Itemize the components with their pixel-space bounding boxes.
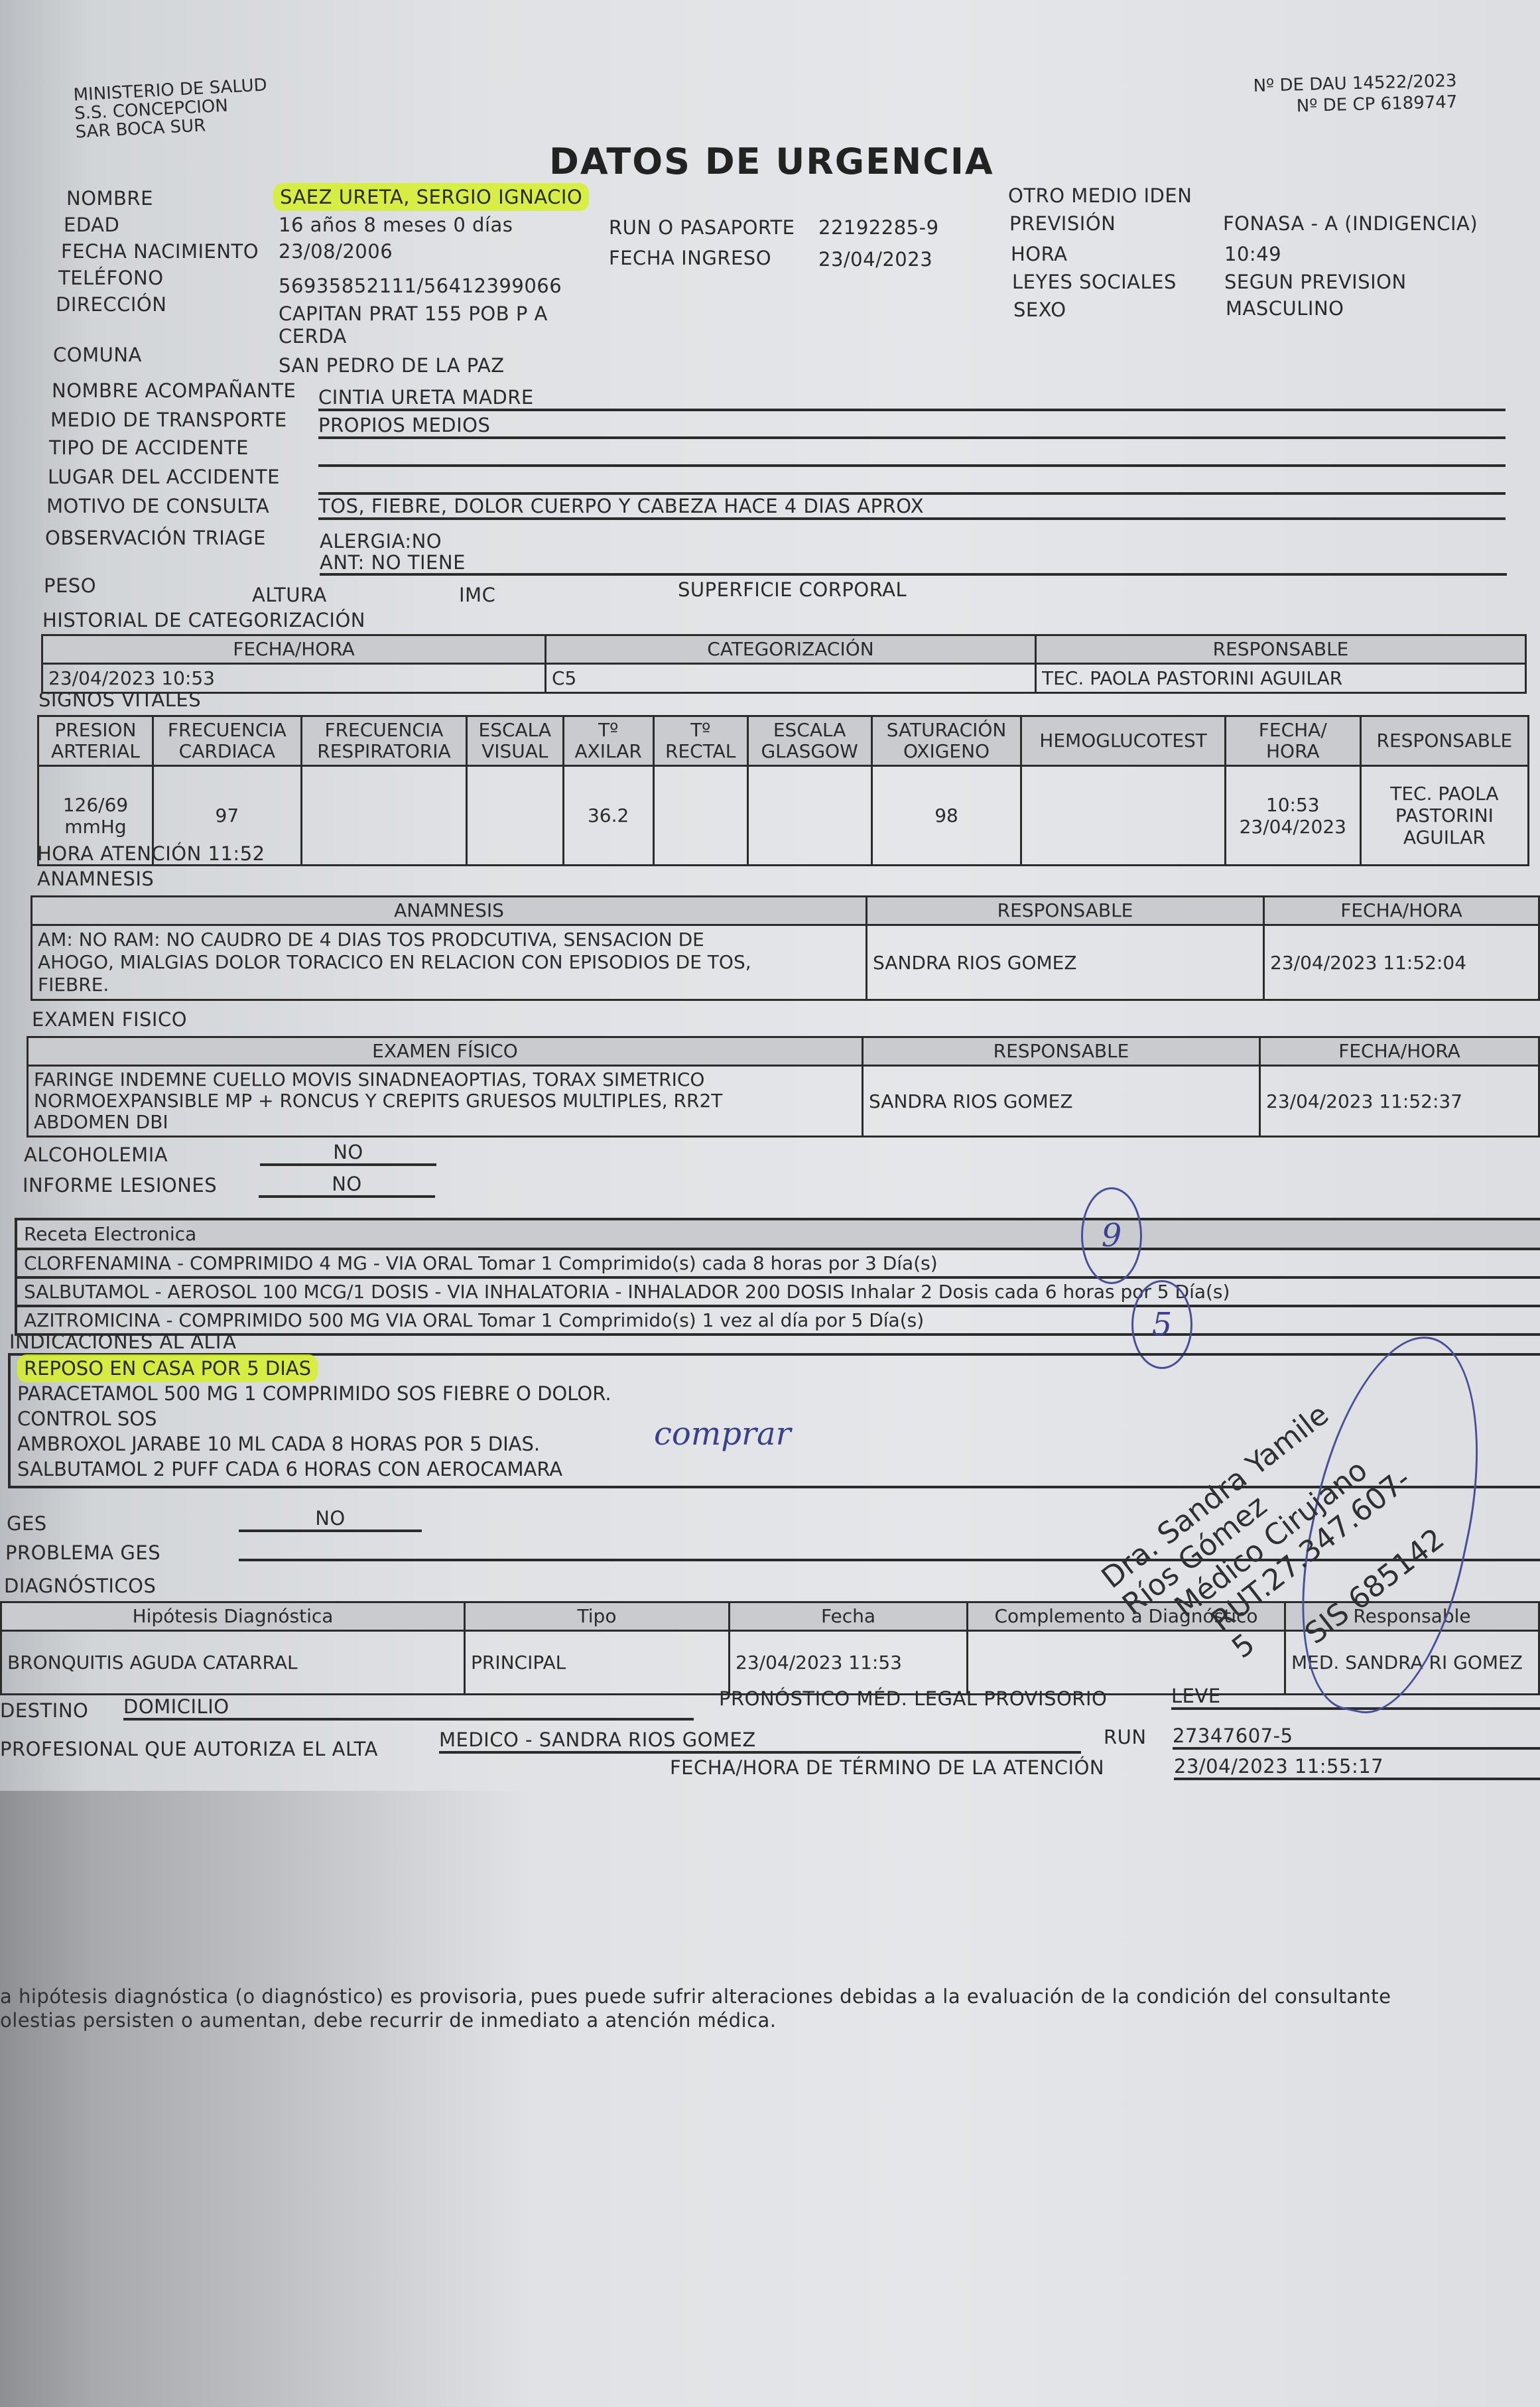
col-header: FECHA/HORA (42, 635, 546, 664)
birth-date: 23/08/2006 (279, 240, 393, 263)
examen-text: FARINGE INDEMNE CUELLO MOVIS SINADNEAOPT… (28, 1066, 863, 1137)
profesional-value: MEDICO - SANDRA RIOS GOMEZ (439, 1728, 1081, 1754)
profesional-label: PROFESIONAL QUE AUTORIZA EL ALTA (0, 1738, 378, 1760)
hora-atencion: HORA ATENCIÓN 11:52 (37, 842, 265, 865)
alcoholemia-label: ALCOHOLEMIA (24, 1143, 168, 1166)
time: 10:53 (1232, 794, 1354, 816)
diagnosticos-section-title: DIAGNÓSTICOS (4, 1575, 156, 1597)
imc-label: IMC (459, 584, 495, 606)
table-row: 23/04/2023 10:53 C5 TEC. PAOLA PASTORINI… (42, 664, 1526, 693)
hgt-cell (1021, 766, 1225, 866)
prescription-item: AZITROMICINA - COMPRIMIDO 500 MG VIA ORA… (17, 1307, 1540, 1333)
examen-fisico-section-title: EXAMEN FISICO (32, 1008, 187, 1031)
col-header: FRECUENCIACARDIACA (153, 716, 301, 766)
termino-value: 23/04/2023 11:55:17 (1174, 1755, 1540, 1780)
tipo-accidente-value (318, 442, 1506, 467)
transporte-label: MEDIO DE TRANSPORTE (50, 409, 287, 431)
col-header: RESPONSABLE (1360, 716, 1528, 766)
hora-label: HORA (1011, 243, 1067, 265)
signos-vitales-section-title: SIGNOS VITALES (38, 688, 201, 711)
run-prof-label: RUN (1104, 1726, 1147, 1748)
leyes-value: SEGUN PREVISION (1224, 271, 1407, 293)
prevision-label: PREVISIÓN (1009, 212, 1116, 235)
address: CAPITAN PRAT 155 POB P A CERDA (279, 302, 548, 348)
handwritten-mark: 9 (1081, 1187, 1142, 1284)
col-header: RESPONSABLE (1036, 635, 1526, 664)
unit: mmHg (44, 816, 147, 838)
name-line: AGUILAR (1367, 826, 1522, 848)
leyes-label: LEYES SOCIALES (1012, 271, 1177, 293)
cell: TEC. PAOLA PASTORINI AGUILAR (1036, 664, 1526, 693)
prevision-value: FONASA - A (INDIGENCIA) (1223, 212, 1478, 235)
motivo-label: MOTIVO DE CONSULTA (46, 495, 269, 517)
acompanante-value: CINTIA URETA MADRE (318, 386, 1506, 411)
termino-label: FECHA/HORA DE TÉRMINO DE LA ATENCIÓN (670, 1756, 1104, 1779)
escala-visual-cell (467, 766, 563, 866)
col-header: CATEGORIZACIÓN (546, 635, 1036, 664)
col-header: HEMOGLUCOTEST (1021, 716, 1225, 766)
col-header: Hipótesis Diagnóstica (1, 1602, 465, 1631)
examen-fisico-table: EXAMEN FÍSICO RESPONSABLE FECHA/HORA FAR… (27, 1036, 1540, 1138)
institution-block: MINISTERIO DE SALUD S.S. CONCEPCION SAR … (73, 76, 269, 141)
fecha-hora-cell: 23/04/2023 11:52:04 (1264, 925, 1539, 1000)
col-header: EXAMEN FÍSICO (28, 1037, 863, 1066)
phone: 56935852111/56412399066 (279, 275, 562, 297)
categorizacion-section-title: HISTORIAL DE CATEGORIZACIÓN (42, 609, 365, 631)
col-header: Fecha (730, 1602, 968, 1631)
col-header: FECHA/HORA (1264, 897, 1539, 925)
text-line: NORMOEXPANSIBLE MP + RONCUS Y CREPITS GR… (34, 1090, 856, 1112)
col-header: TºAXILAR (563, 716, 653, 766)
lugar-accidente-value (318, 470, 1506, 495)
observacion-label: OBSERVACIÓN TRIAGE (45, 527, 266, 549)
t-rectal-cell (653, 766, 747, 866)
col-header: RESPONSABLE (867, 897, 1264, 925)
ges-label: GES (7, 1512, 47, 1535)
cell: C5 (546, 664, 1036, 693)
name-line: TEC. PAOLA (1367, 783, 1522, 805)
direccion-label: DIRECCIÓN (56, 293, 166, 316)
destino-label: DESTINO (0, 1699, 88, 1722)
observacion-line: ANT: NO TIENE (320, 552, 1507, 576)
table-row: AM: NO RAM: NO CAUDRO DE 4 DIAS TOS PROD… (32, 925, 1539, 1000)
col-header: SATURACIÓNOXIGENO (871, 716, 1021, 766)
instruction-item: REPOSO EN CASA POR 5 DIAS (11, 1356, 1540, 1381)
observacion-value: ALERGIA:NO ANT: NO TIENE (320, 531, 1507, 576)
acompanante-label: NOMBRE ACOMPAÑANTE (52, 379, 296, 402)
otro-medio-label: OTRO MEDIO IDEN (1008, 184, 1192, 207)
anamnesis-section-title: ANAMNESIS (37, 868, 154, 890)
name-line: PASTORINI (1367, 805, 1522, 826)
col-header: RESPONSABLE (863, 1037, 1260, 1066)
patient-name: SAEZ URETA, SERGIO IGNACIO (273, 183, 589, 211)
telefono-label: TELÉFONO (58, 267, 164, 289)
fecha-hora-cell: 23/04/2023 11:52:37 (1260, 1066, 1539, 1137)
problema-ges-label: PROBLEMA GES (5, 1541, 160, 1564)
tipo-accidente-label: TIPO DE ACCIDENTE (49, 436, 249, 459)
text-line: AHOGO, MIALGIAS DOLOR TORACICO EN RELACI… (38, 951, 860, 974)
run-value: 22192285-9 (818, 216, 939, 239)
fecha-nacimiento-label: FECHA NACIMIENTO (61, 240, 259, 263)
col-header: ESCALAVISUAL (467, 716, 563, 766)
document-numbers: Nº DE DAU 14522/2023 Nº DE CP 6189747 (1253, 70, 1458, 118)
text-line: AM: NO RAM: NO CAUDRO DE 4 DIAS TOS PROD… (38, 929, 860, 951)
lugar-accidente-label: LUGAR DEL ACCIDENTE (48, 466, 280, 488)
highlighted-instruction: REPOSO EN CASA POR 5 DIAS (17, 1354, 318, 1382)
pronostico-label: PRONÓSTICO MÉD. LEGAL PROVISORIO (719, 1687, 1107, 1710)
run-label: RUN O PASAPORTE (609, 216, 795, 239)
page-title: DATOS DE URGENCIA (549, 141, 994, 182)
observacion-line: ALERGIA:NO (320, 531, 1507, 552)
fecha-ingreso: 23/04/2023 (818, 248, 932, 271)
text-line: FARINGE INDEMNE CUELLO MOVIS SINADNEAOPT… (34, 1069, 856, 1090)
emergency-record-sheet: MINISTERIO DE SALUD S.S. CONCEPCION SAR … (0, 0, 1540, 2407)
prescription-header: Receta Electronica (17, 1220, 1540, 1250)
col-header: FRECUENCIARESPIRATORIA (301, 716, 466, 766)
photo-shadow (0, 1791, 531, 2407)
table-row: FARINGE INDEMNE CUELLO MOVIS SINADNEAOPT… (28, 1066, 1539, 1137)
edad-label: EDAD (64, 214, 119, 236)
comuna: SAN PEDRO DE LA PAZ (279, 354, 505, 377)
t-axilar-cell: 36.2 (563, 766, 653, 866)
nombre-label: NOMBRE (66, 187, 153, 210)
informe-lesiones-value: NO (259, 1173, 435, 1198)
prescription-item: CLORFENAMINA - COMPRIMIDO 4 MG - VIA ORA… (17, 1250, 1540, 1279)
col-header: ESCALAGLASGOW (747, 716, 871, 766)
prescription-box: Receta Electronica CLORFENAMINA - COMPRI… (15, 1218, 1540, 1336)
glasgow-cell (747, 766, 871, 866)
address-line: CAPITAN PRAT 155 POB P A (279, 302, 548, 325)
date: 23/04/2023 (1232, 816, 1354, 838)
text-line: FIEBRE. (38, 974, 860, 996)
indicaciones-section-title: INDICACIONES AL ALTA (9, 1331, 237, 1353)
sexo-value: MASCULINO (1226, 297, 1344, 320)
fecha-ingreso-label: FECHA INGRESO (609, 247, 771, 269)
informe-lesiones-label: INFORME LESIONES (23, 1174, 217, 1197)
transporte-value: PROPIOS MEDIOS (318, 414, 1506, 439)
responsable-cell: SANDRA RIOS GOMEZ (863, 1066, 1260, 1137)
ges-value: NO (239, 1507, 422, 1532)
peso-label: PESO (44, 574, 96, 597)
tipo-cell: PRINCIPAL (465, 1631, 730, 1695)
altura-label: ALTURA (252, 584, 327, 606)
anamnesis-table: ANAMNESIS RESPONSABLE FECHA/HORA AM: NO … (31, 895, 1540, 1001)
value: 126/69 (44, 794, 147, 816)
patient-age: 16 años 8 meses 0 días (279, 214, 513, 236)
col-header: PRESIONARTERIAL (38, 716, 153, 766)
fecha-hora-cell: 10:5323/04/2023 (1225, 766, 1360, 866)
categorizacion-table: FECHA/HORA CATEGORIZACIÓN RESPONSABLE 23… (41, 634, 1527, 694)
col-header: Tipo (465, 1602, 730, 1631)
motivo-value: TOS, FIEBRE, DOLOR CUERPO Y CABEZA HACE … (318, 495, 1506, 520)
prescription-item: SALBUTAMOL - AEROSOL 100 MCG/1 DOSIS - V… (17, 1279, 1540, 1307)
col-header: FECHA/HORA (1225, 716, 1360, 766)
diagnosis-cell: BRONQUITIS AGUDA CATARRAL (1, 1631, 465, 1695)
run-prof-value: 27347607-5 (1173, 1724, 1540, 1750)
responsable-cell: TEC. PAOLAPASTORINIAGUILAR (1360, 766, 1528, 866)
saturacion-cell: 98 (871, 766, 1021, 866)
comuna-label: COMUNA (53, 344, 142, 366)
anamnesis-text: AM: NO RAM: NO CAUDRO DE 4 DIAS TOS PROD… (32, 925, 867, 1000)
fr-cell (301, 766, 466, 866)
hora-value: 10:49 (1224, 243, 1281, 265)
responsable-cell: SANDRA RIOS GOMEZ (867, 925, 1264, 1000)
col-header: FECHA/HORA (1260, 1037, 1539, 1066)
sexo-label: SEXO (1013, 298, 1066, 321)
col-header: ANAMNESIS (32, 897, 867, 925)
superficie-label: SUPERFICIE CORPORAL (678, 578, 907, 601)
text-line: ABDOMEN DBI (34, 1112, 856, 1133)
destino-value: DOMICILIO (123, 1695, 694, 1721)
col-header: TºRECTAL (653, 716, 747, 766)
address-line: CERDA (279, 325, 548, 348)
handwritten-note: comprar (654, 1415, 791, 1453)
fecha-cell: 23/04/2023 11:53 (730, 1631, 968, 1695)
alcoholemia-value: NO (260, 1141, 436, 1166)
